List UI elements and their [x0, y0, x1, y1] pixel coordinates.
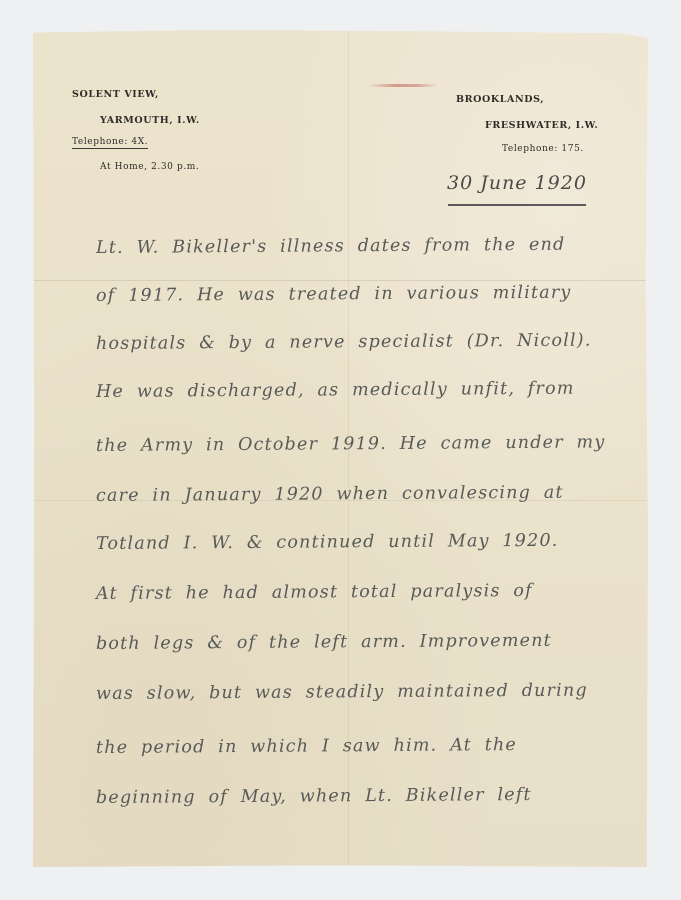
body-line: At first he had almost total paralysis o… — [96, 581, 533, 604]
body-line: of 1917. He was treated in various milit… — [96, 283, 572, 306]
letterhead-right-town: FRESHWATER, I.W. — [485, 120, 598, 131]
letterhead-right-telephone: Telephone: 175. — [502, 144, 584, 154]
letterhead-left-at-home: At Home, 2.30 p.m. — [100, 162, 199, 172]
body-line: hospitals & by a nerve specialist (Dr. N… — [96, 331, 592, 354]
letter-date: 30 June 1920 — [447, 172, 587, 194]
body-line: Lt. W. Bikeller's illness dates from the… — [96, 235, 566, 258]
letterhead-left-town: YARMOUTH, I.W. — [100, 115, 200, 126]
body-line: He was discharged, as medically unfit, f… — [96, 379, 575, 402]
ink-stain — [368, 84, 438, 87]
letterhead-right-house: BROOKLANDS, — [456, 94, 544, 105]
body-line: was slow, but was steadily maintained du… — [96, 681, 588, 704]
paper-fold — [33, 280, 648, 281]
letterhead-left-house: SOLENT VIEW, — [72, 89, 159, 100]
body-line: care in January 1920 when convalescing a… — [96, 483, 564, 506]
body-line: Totland I. W. & continued until May 1920… — [96, 531, 559, 554]
body-line: beginning of May, when Lt. Bikeller left — [96, 785, 532, 808]
letterhead-left-telephone: Telephone: 4X. — [72, 137, 148, 149]
body-line: the Army in October 1919. He came under … — [96, 432, 606, 456]
body-line: the period in which I saw him. At the — [96, 735, 517, 758]
date-underline — [448, 204, 586, 206]
body-line: both legs & of the left arm. Improvement — [96, 631, 552, 654]
